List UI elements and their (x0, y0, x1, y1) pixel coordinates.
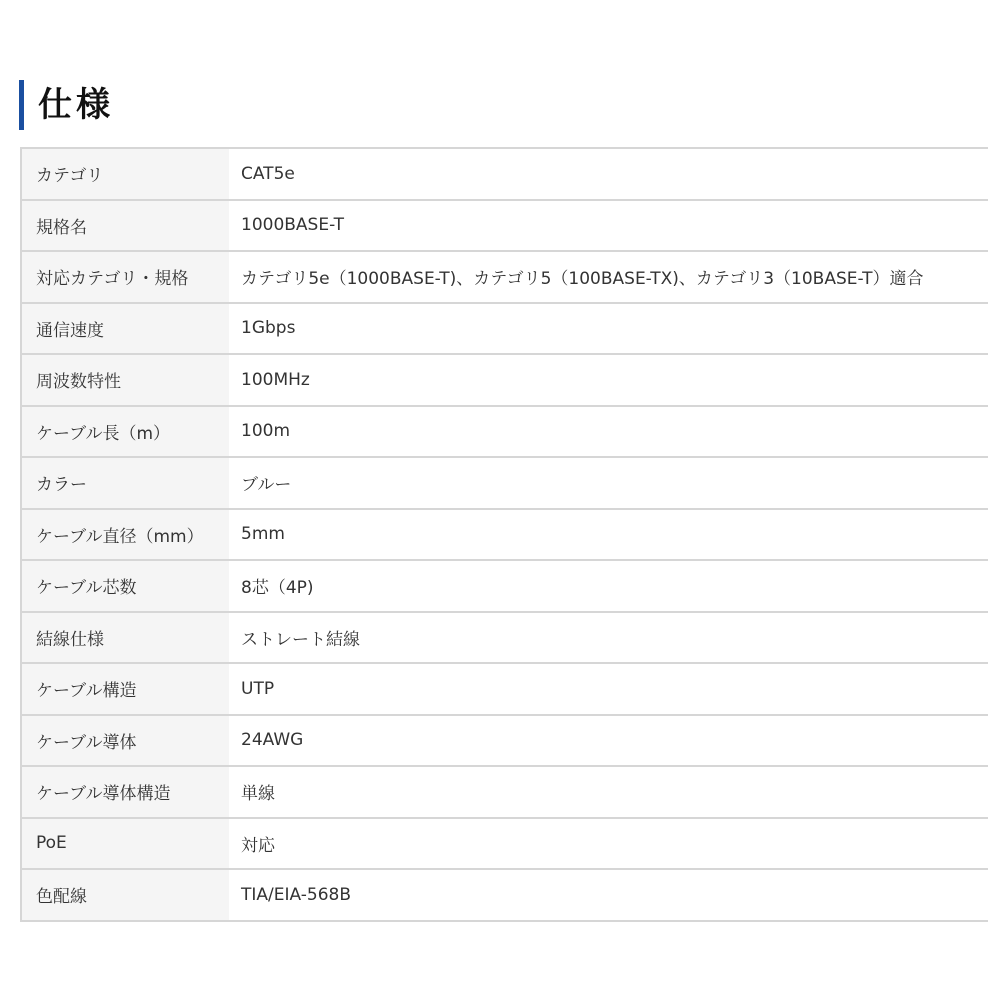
row-value: 1Gbps (229, 303, 988, 355)
heading-accent-bar (19, 80, 24, 130)
table-row-core-count: ケーブル芯数 8芯（4P) (21, 560, 988, 612)
row-value: ブルー (229, 457, 988, 509)
row-value: 8芯（4P) (229, 560, 988, 612)
row-label: 結線仕様 (21, 612, 229, 664)
row-label: 通信速度 (21, 303, 229, 355)
spec-table: カテゴリ CAT5e 規格名 1000BASE-T 対応カテゴリ・規格 カテゴリ… (20, 147, 988, 922)
page-title: 仕様 (38, 80, 114, 130)
row-label: ケーブル導体構造 (21, 766, 229, 818)
table-row-cable-structure: ケーブル構造 UTP (21, 663, 988, 715)
row-value: TIA/EIA-568B (229, 869, 988, 921)
table-row-color: カラー ブルー (21, 457, 988, 509)
row-value: 100m (229, 406, 988, 458)
row-value: 単線 (229, 766, 988, 818)
row-label: カラー (21, 457, 229, 509)
table-row-wiring-spec: 結線仕様 ストレート結線 (21, 612, 988, 664)
row-label: カテゴリ (21, 148, 229, 200)
row-value: 100MHz (229, 354, 988, 406)
row-value: UTP (229, 663, 988, 715)
table-row-poe: PoE 対応 (21, 818, 988, 870)
row-label: 周波数特性 (21, 354, 229, 406)
row-label: 色配線 (21, 869, 229, 921)
row-value: カテゴリ5e（1000BASE-T)、カテゴリ5（100BASE-TX)、カテゴ… (229, 251, 988, 303)
table-row-conductor-structure: ケーブル導体構造 単線 (21, 766, 988, 818)
row-value: 1000BASE-T (229, 200, 988, 252)
table-row-standard-name: 規格名 1000BASE-T (21, 200, 988, 252)
table-row-cable-diameter: ケーブル直径（mm） 5mm (21, 509, 988, 561)
section-heading: 仕様 (19, 80, 114, 130)
table-row-category: カテゴリ CAT5e (21, 148, 988, 200)
table-row-color-wiring: 色配線 TIA/EIA-568B (21, 869, 988, 921)
row-label: 規格名 (21, 200, 229, 252)
row-label: ケーブル芯数 (21, 560, 229, 612)
row-label: ケーブル直径（mm） (21, 509, 229, 561)
row-value: 5mm (229, 509, 988, 561)
row-label: ケーブル長（m） (21, 406, 229, 458)
row-value: 24AWG (229, 715, 988, 767)
row-label: PoE (21, 818, 229, 870)
table-row-cable-length: ケーブル長（m） 100m (21, 406, 988, 458)
table-row-conductor: ケーブル導体 24AWG (21, 715, 988, 767)
row-label: ケーブル導体 (21, 715, 229, 767)
spec-table-body: カテゴリ CAT5e 規格名 1000BASE-T 対応カテゴリ・規格 カテゴリ… (21, 148, 988, 921)
row-value: CAT5e (229, 148, 988, 200)
table-row-speed: 通信速度 1Gbps (21, 303, 988, 355)
table-row-frequency: 周波数特性 100MHz (21, 354, 988, 406)
row-label: ケーブル構造 (21, 663, 229, 715)
table-row-supported-standards: 対応カテゴリ・規格 カテゴリ5e（1000BASE-T)、カテゴリ5（100BA… (21, 251, 988, 303)
row-value: 対応 (229, 818, 988, 870)
row-label: 対応カテゴリ・規格 (21, 251, 229, 303)
row-value: ストレート結線 (229, 612, 988, 664)
